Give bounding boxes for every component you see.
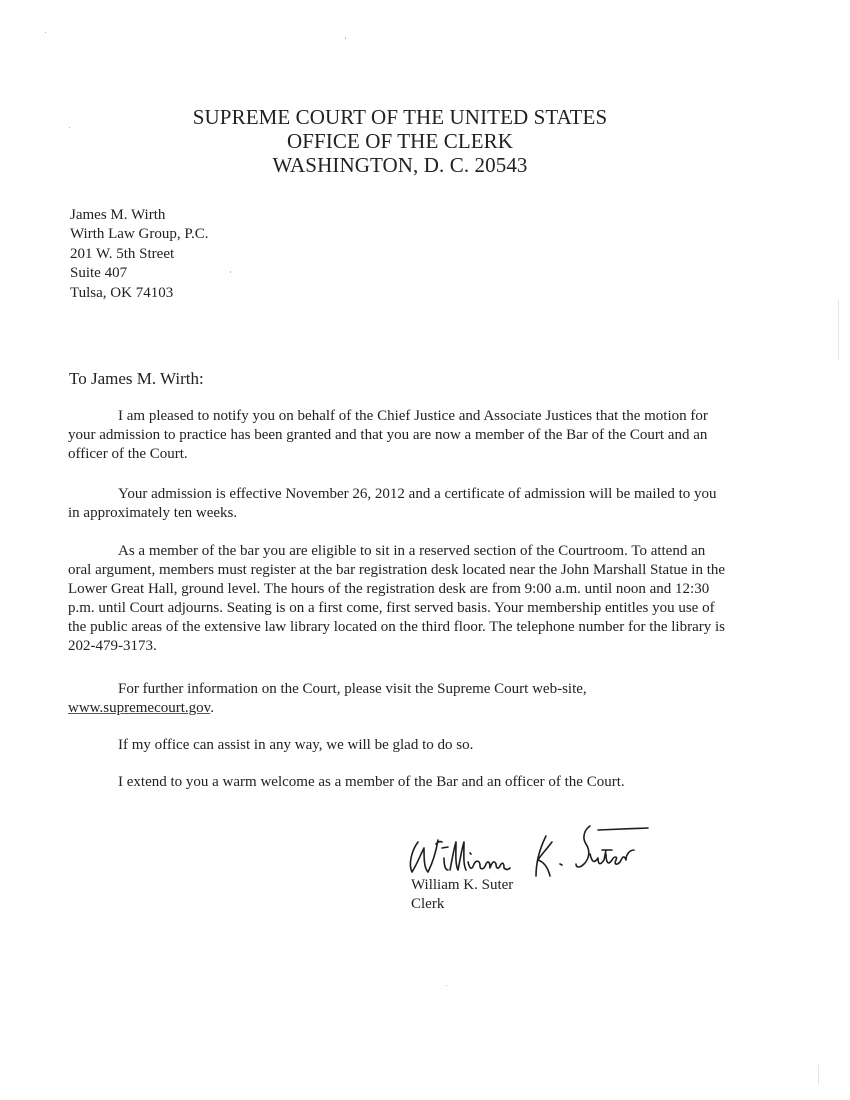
scan-speck [230, 271, 231, 273]
paragraph-effective-date: Your admission is effective November 26,… [68, 485, 728, 523]
signer-title: Clerk [411, 895, 513, 914]
paragraph-text: As a member of the bar you are eligible … [68, 542, 728, 656]
letterhead-city: WASHINGTON, D. C. 20543 [0, 153, 800, 177]
paragraph-assist: If my office can assist in any way, we w… [68, 736, 728, 755]
recipient-suite: Suite 407 [70, 264, 209, 283]
letterhead-court-name: SUPREME COURT OF THE UNITED STATES [0, 105, 800, 129]
paragraph-text: If my office can assist in any way, we w… [68, 736, 728, 755]
website-period: . [210, 700, 214, 716]
scan-edge [838, 300, 839, 360]
salutation: To James M. Wirth: [69, 369, 204, 389]
letterhead: SUPREME COURT OF THE UNITED STATES OFFIC… [0, 105, 800, 177]
website-intro: For further information on the Court, pl… [118, 681, 587, 697]
scan-edge [818, 1065, 819, 1085]
recipient-street: 201 W. 5th Street [70, 245, 209, 264]
paragraph-welcome: I extend to you a warm welcome as a memb… [68, 773, 728, 792]
paragraph-text: I extend to you a warm welcome as a memb… [68, 773, 728, 792]
paragraph-text: For further information on the Court, pl… [68, 680, 728, 718]
website-line: www.supremecourt.gov. [68, 699, 728, 718]
scan-speck [345, 37, 346, 39]
recipient-address: James M. Wirth Wirth Law Group, P.C. 201… [70, 206, 209, 303]
website-link[interactable]: www.supremecourt.gov [68, 700, 210, 716]
handwritten-signature [400, 820, 660, 882]
recipient-firm: Wirth Law Group, P.C. [70, 225, 209, 244]
paragraph-notification: I am pleased to notify you on behalf of … [68, 407, 728, 464]
paragraph-courtroom-info: As a member of the bar you are eligible … [68, 542, 728, 656]
scan-speck [45, 32, 46, 33]
letterhead-office: OFFICE OF THE CLERK [0, 129, 800, 153]
signer-block: William K. Suter Clerk [411, 876, 513, 914]
recipient-city: Tulsa, OK 74103 [70, 284, 209, 303]
scan-speck [69, 127, 70, 128]
paragraph-text: Your admission is effective November 26,… [68, 485, 728, 523]
letter-page: SUPREME COURT OF THE UNITED STATES OFFIC… [0, 0, 850, 1100]
recipient-name: James M. Wirth [70, 206, 209, 225]
paragraph-website: For further information on the Court, pl… [68, 680, 728, 718]
paragraph-text: I am pleased to notify you on behalf of … [68, 407, 728, 464]
scan-speck [446, 985, 447, 986]
signer-name: William K. Suter [411, 876, 513, 895]
